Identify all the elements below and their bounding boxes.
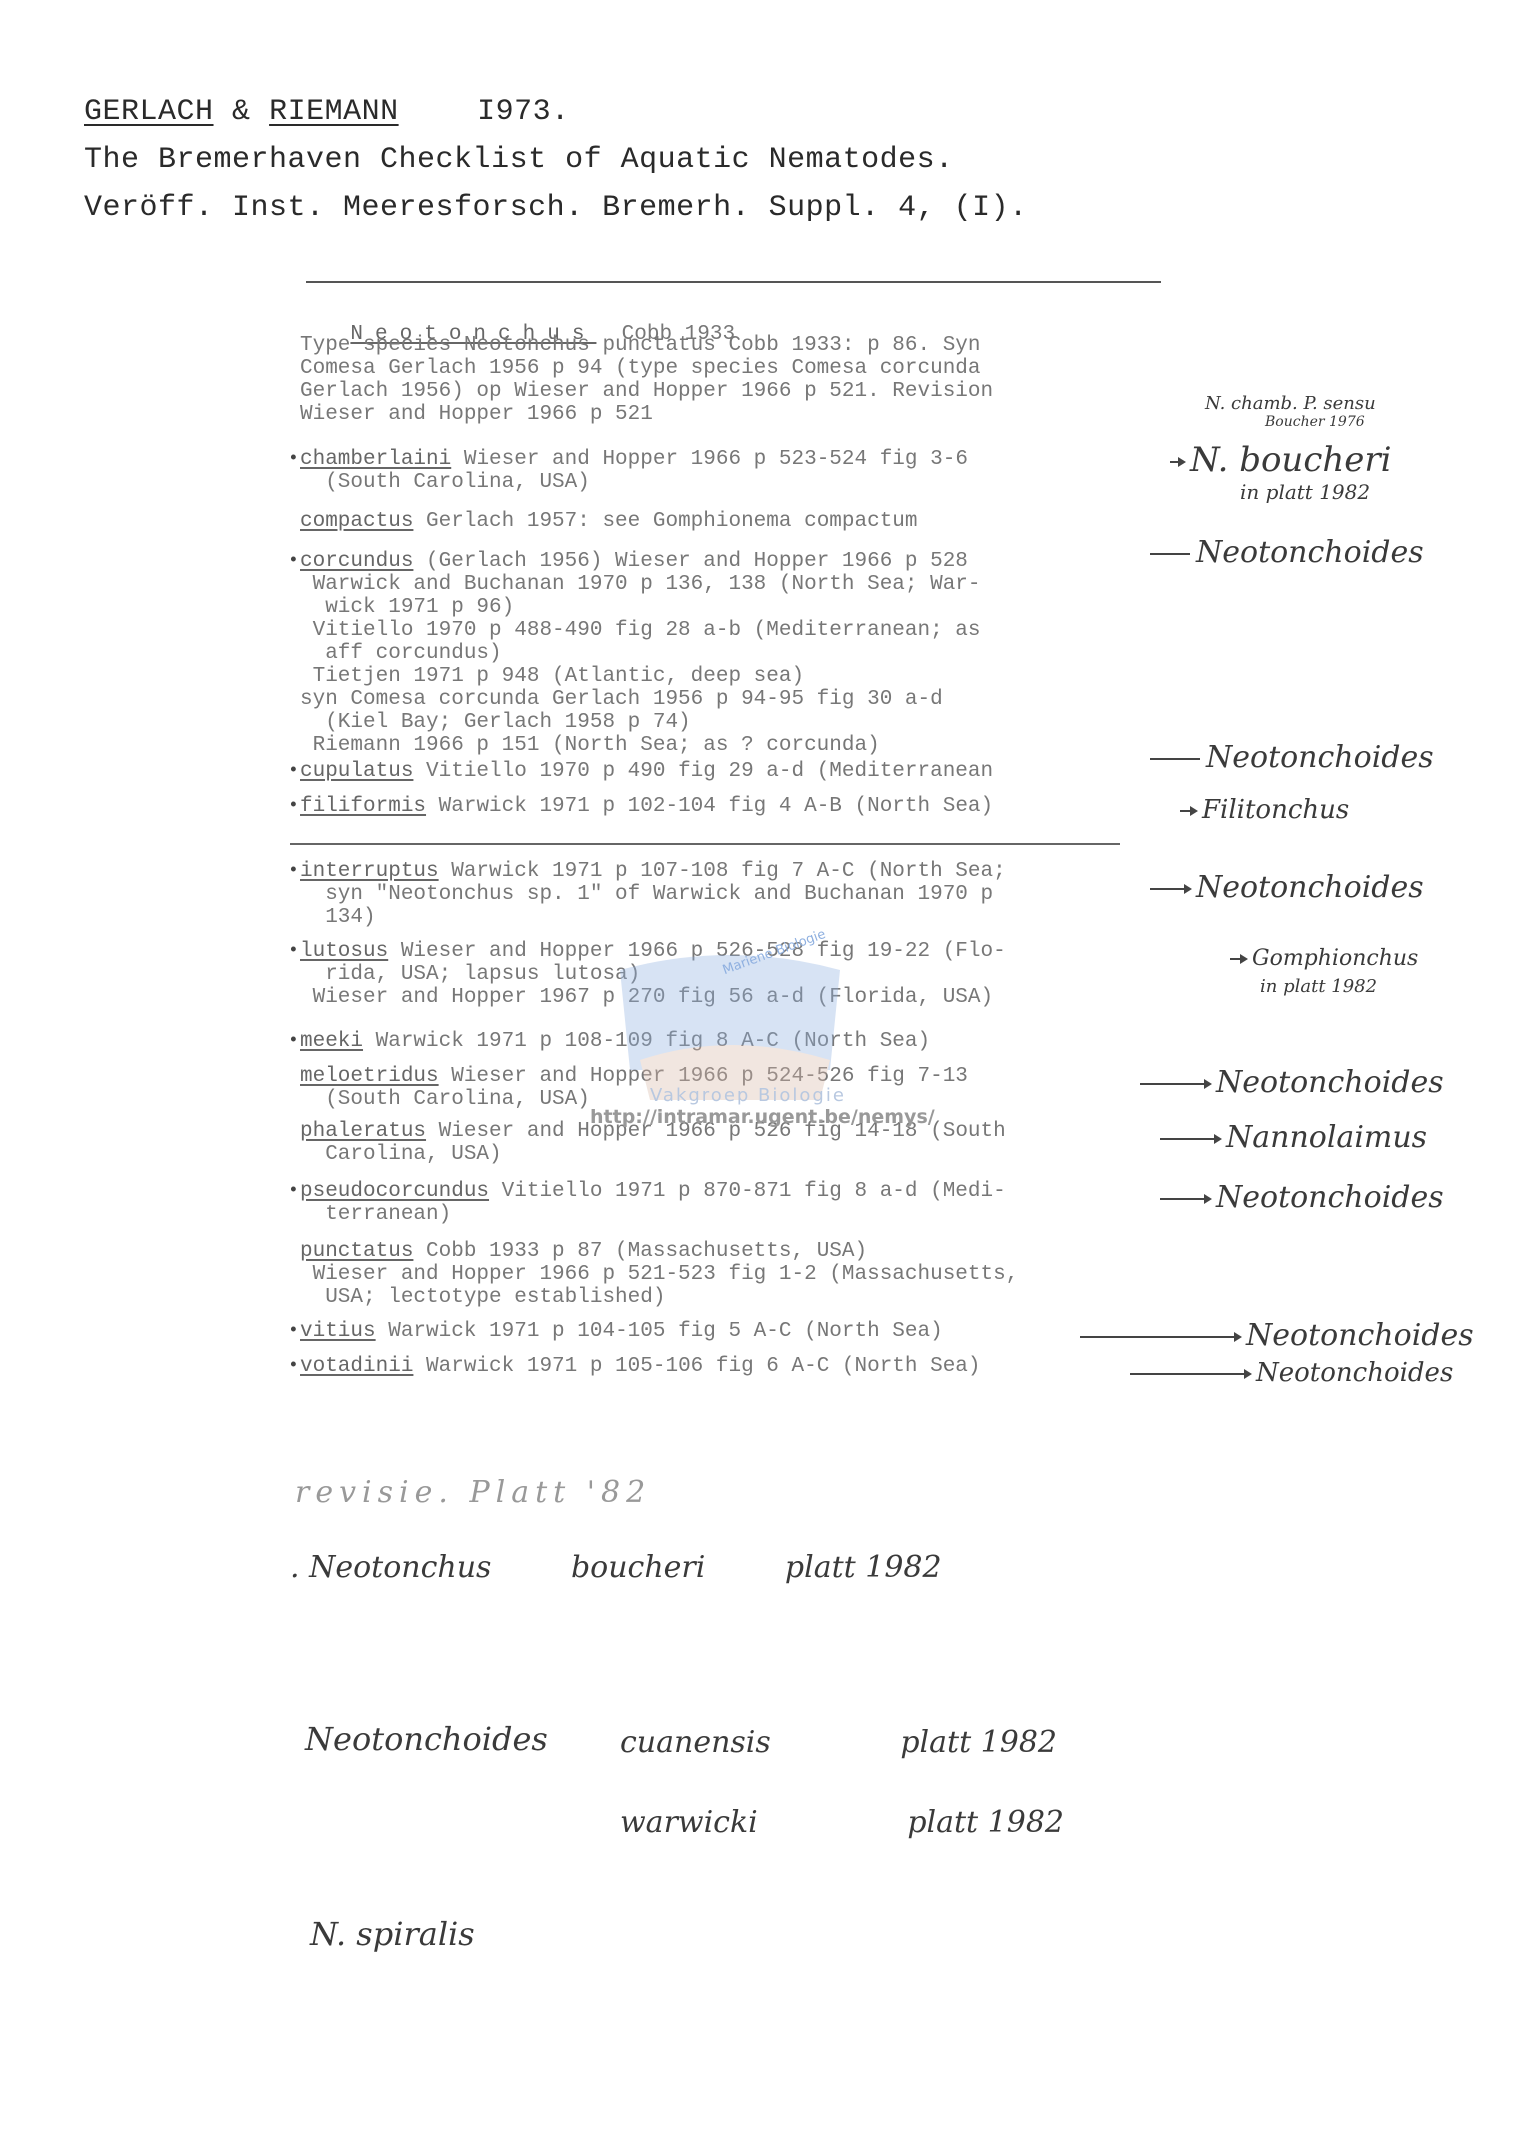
annotation-text: Neotonchoides: [1196, 870, 1424, 905]
bullet-icon: •: [288, 760, 299, 783]
species-entry-interruptus: •interruptus Warwick 1971 p 107-108 fig …: [300, 860, 1006, 929]
annotation-boucheri-ref: in platt 1982: [1240, 480, 1370, 504]
species-entry-votadinii: •votadinii Warwick 1971 p 105-106 fig 6 …: [300, 1355, 981, 1378]
note-species: warwicki: [620, 1805, 758, 1840]
note-authority: platt 1982: [907, 1805, 1064, 1840]
species-reference-line: USA; lectotype established): [300, 1286, 665, 1309]
genus-note-line: Wieser and Hopper 1966 p 521: [300, 403, 993, 426]
annotation-interruptus: Neotonchoides: [1150, 870, 1424, 905]
author-gerlach: GERLACH: [84, 95, 214, 129]
watermark-url: http://intramar.ugent.be/nemys/: [590, 1106, 935, 1128]
annotation-text: N. boucheri: [1190, 440, 1392, 480]
species-reference-line: Warwick 1971 p 102-104 fig 4 A-B (North …: [426, 795, 993, 818]
bullet-icon: •: [288, 1320, 299, 1343]
arrow-icon: [1080, 1336, 1240, 1338]
species-reference-line: Warwick 1971 p 107-108 fig 7 A-C (North …: [439, 860, 1006, 883]
arrow-icon: [1140, 1083, 1210, 1085]
annotation-text: in platt 1982: [1260, 973, 1418, 1001]
species-reference-line: (South Carolina, USA): [300, 1088, 590, 1111]
bullet-icon: •: [288, 860, 299, 883]
species-entry-pseudocorcundus: •pseudocorcundus Vitiello 1971 p 870-871…: [300, 1180, 1006, 1226]
bullet-icon: •: [288, 1030, 299, 1053]
species-entry-meeki: •meeki Warwick 1971 p 108-109 fig 8 A-C …: [300, 1030, 930, 1053]
annotation-text: Neotonchoides: [1216, 1180, 1444, 1215]
annotation-boucheri: N. boucheri: [1170, 440, 1392, 480]
species-name: vitius: [300, 1320, 376, 1343]
species-name: meeki: [300, 1030, 363, 1053]
species-name: compactus: [300, 510, 413, 533]
note-genus: . Neotonchus: [290, 1550, 491, 1585]
annotation-phaleratus: Nannolaimus: [1160, 1120, 1427, 1155]
arrow-icon: [1180, 810, 1196, 812]
species-reference-line: Wieser and Hopper 1966 p 526-528 fig 19-…: [388, 940, 1006, 963]
species-name: interruptus: [300, 860, 439, 883]
publication-title: The Bremerhaven Checklist of Aquatic Nem…: [84, 136, 1028, 184]
species-name: pseudocorcundus: [300, 1180, 489, 1203]
year: I973.: [477, 95, 570, 129]
genus-notes: Type species Neotonchus punctatus Cobb 1…: [300, 334, 993, 426]
species-reference-line: aff corcundus): [300, 642, 502, 665]
arrow-icon: [1160, 1138, 1220, 1140]
species-name: cupulatus: [300, 760, 413, 783]
species-entry-compactus: compactus Gerlach 1957: see Gomphionema …: [300, 510, 918, 533]
species-name: lutosus: [300, 940, 388, 963]
species-entry-meloetridus: meloetridus Wieser and Hopper 1966 p 524…: [300, 1065, 968, 1111]
species-reference-line: Warwick 1971 p 105-106 fig 6 A-C (North …: [413, 1355, 980, 1378]
arrow-icon: [1150, 888, 1190, 890]
species-reference-line: (Gerlach 1956) Wieser and Hopper 1966 p …: [413, 550, 968, 573]
annotation-text: Neotonchoides: [1206, 740, 1434, 775]
annotation-text: Neotonchoides: [1216, 1065, 1444, 1100]
species-reference-line: terranean): [300, 1203, 451, 1226]
publication-citation: Veröff. Inst. Meeresforsch. Bremerh. Sup…: [84, 184, 1028, 232]
genus-note-line: Type species Neotonchus punctatus Cobb 1…: [300, 334, 993, 357]
note-revision: revisie. Platt '82: [295, 1475, 651, 1510]
ampersand: &: [232, 95, 251, 129]
annotation-text: Neotonchoides: [1196, 535, 1424, 570]
bullet-icon: •: [288, 448, 299, 471]
annotation-text: Neotonchoides: [1246, 1318, 1474, 1353]
species-name: filiformis: [300, 795, 426, 818]
species-name: votadinii: [300, 1355, 413, 1378]
arrow-icon: [1130, 1373, 1250, 1375]
annotation-pseudocorcundus: Neotonchoides: [1160, 1180, 1444, 1215]
genus-note-line: Gerlach 1956) op Wieser and Hopper 1966 …: [300, 380, 993, 403]
species-reference-line: Warwick and Buchanan 1970 p 136, 138 (No…: [300, 573, 981, 596]
annotation-corcundus: Neotonchoides: [1150, 535, 1424, 570]
annotation-cupulatus: Neotonchoides: [1150, 740, 1434, 775]
note-neotonchus-boucheri: . Neotonchus boucheri platt 1982: [290, 1550, 942, 1585]
bullet-icon: •: [288, 795, 299, 818]
line-icon: [1150, 758, 1200, 760]
annotation-chamberlaini: N. chamb. P. sensu Boucher 1976: [1205, 395, 1376, 431]
species-reference-line: Wieser and Hopper 1966 p 523-524 fig 3-6: [451, 448, 968, 471]
bullet-icon: •: [288, 1355, 299, 1378]
species-entry-cupulatus: •cupulatus Vitiello 1970 p 490 fig 29 a-…: [300, 760, 993, 783]
annotation-text: Filitonchus: [1202, 795, 1349, 825]
species-entry-filiformis: •filiformis Warwick 1971 p 102-104 fig 4…: [300, 795, 993, 818]
annotation-filiformis: Filitonchus: [1180, 795, 1349, 825]
reference-header: GERLACH & RIEMANN I973. The Bremerhaven …: [84, 88, 1028, 232]
species-reference-line: Tietjen 1971 p 948 (Atlantic, deep sea): [300, 665, 804, 688]
species-name: meloetridus: [300, 1065, 439, 1088]
genus-note-line: Comesa Gerlach 1956 p 94 (type species C…: [300, 357, 993, 380]
note-spiralis: N. spiralis: [310, 1915, 475, 1953]
annotation-line: Boucher 1976: [1265, 413, 1376, 431]
note-species: cuanensis: [620, 1725, 771, 1760]
note-authority: platt 1982: [785, 1550, 942, 1585]
arrow-icon: [1230, 958, 1246, 960]
species-reference-line: (South Carolina, USA): [300, 471, 590, 494]
species-entry-vitius: •vitius Warwick 1971 p 104-105 fig 5 A-C…: [300, 1320, 943, 1343]
species-reference-line: Cobb 1933 p 87 (Massachusetts, USA): [413, 1240, 867, 1263]
species-reference-line: rida, USA; lapsus lutosa): [300, 963, 640, 986]
note-species: boucheri: [571, 1550, 705, 1585]
species-reference-line: syn "Neotonchus sp. 1" of Warwick and Bu…: [300, 883, 993, 906]
species-reference-line: Vitiello 1971 p 870-871 fig 8 a-d (Medi-: [489, 1180, 1006, 1203]
species-reference-line: Gerlach 1957: see Gomphionema compactum: [413, 510, 917, 533]
watermark-sub-text: Vakgroep Biologie: [650, 1085, 846, 1106]
top-divider: [306, 281, 1161, 283]
annotation-text: Gomphionchus: [1252, 946, 1418, 971]
mid-divider: [290, 843, 1120, 845]
species-reference-line: Wieser and Hopper 1966 p 521-523 fig 1-2…: [300, 1263, 1018, 1286]
annotation-meloetridus: Neotonchoides: [1140, 1065, 1444, 1100]
species-entry-lutosus: •lutosus Wieser and Hopper 1966 p 526-52…: [300, 940, 1006, 1009]
species-name: phaleratus: [300, 1120, 426, 1143]
annotation-lutosus: Gomphionchus in platt 1982: [1230, 945, 1418, 1001]
species-reference-line: 134): [300, 906, 376, 929]
species-reference-line: Carolina, USA): [300, 1143, 502, 1166]
species-name: chamberlaini: [300, 448, 451, 471]
annotation-vitius: Neotonchoides: [1080, 1318, 1474, 1353]
annotation-text: Nannolaimus: [1226, 1120, 1427, 1155]
species-reference-line: Warwick 1971 p 108-109 fig 8 A-C (North …: [363, 1030, 930, 1053]
annotation-line: N. chamb. P. sensu: [1205, 395, 1376, 413]
species-reference-line: Vitiello 1970 p 488-490 fig 28 a-b (Medi…: [300, 619, 981, 642]
note-warwicki: warwicki platt 1982: [620, 1805, 1064, 1840]
bullet-icon: •: [288, 1180, 299, 1203]
species-reference-line: Riemann 1966 p 151 (North Sea; as ? corc…: [300, 734, 880, 757]
species-name: punctatus: [300, 1240, 413, 1263]
species-entry-punctatus: punctatus Cobb 1933 p 87 (Massachusetts,…: [300, 1240, 1018, 1309]
note-neotonchoides: Neotonchoides: [305, 1720, 548, 1758]
species-entry-corcundus: •corcundus (Gerlach 1956) Wieser and Hop…: [300, 550, 981, 757]
line-icon: [1150, 553, 1190, 555]
species-entry-chamberlaini: •chamberlaini Wieser and Hopper 1966 p 5…: [300, 448, 968, 494]
note-cuanensis: cuanensis platt 1982: [620, 1725, 1057, 1760]
annotation-text: Neotonchoides: [1256, 1358, 1453, 1388]
species-reference-line: Warwick 1971 p 104-105 fig 5 A-C (North …: [376, 1320, 943, 1343]
species-reference-line: wick 1971 p 96): [300, 596, 514, 619]
note-authority: platt 1982: [900, 1725, 1057, 1760]
species-reference-line: Wieser and Hopper 1967 p 270 fig 56 a-d …: [300, 986, 993, 1009]
species-reference-line: (Kiel Bay; Gerlach 1958 p 74): [300, 711, 691, 734]
bullet-icon: •: [288, 940, 299, 963]
bullet-icon: •: [288, 550, 299, 573]
species-reference-line: syn Comesa corcunda Gerlach 1956 p 94-95…: [300, 688, 943, 711]
author-riemann: RIEMANN: [269, 95, 399, 129]
arrow-icon: [1170, 461, 1184, 463]
species-name: corcundus: [300, 550, 413, 573]
arrow-icon: [1160, 1198, 1210, 1200]
species-reference-line: Vitiello 1970 p 490 fig 29 a-d (Mediterr…: [413, 760, 993, 783]
authors-line: GERLACH & RIEMANN I973.: [84, 88, 1028, 136]
annotation-votadinii: Neotonchoides: [1130, 1358, 1453, 1388]
